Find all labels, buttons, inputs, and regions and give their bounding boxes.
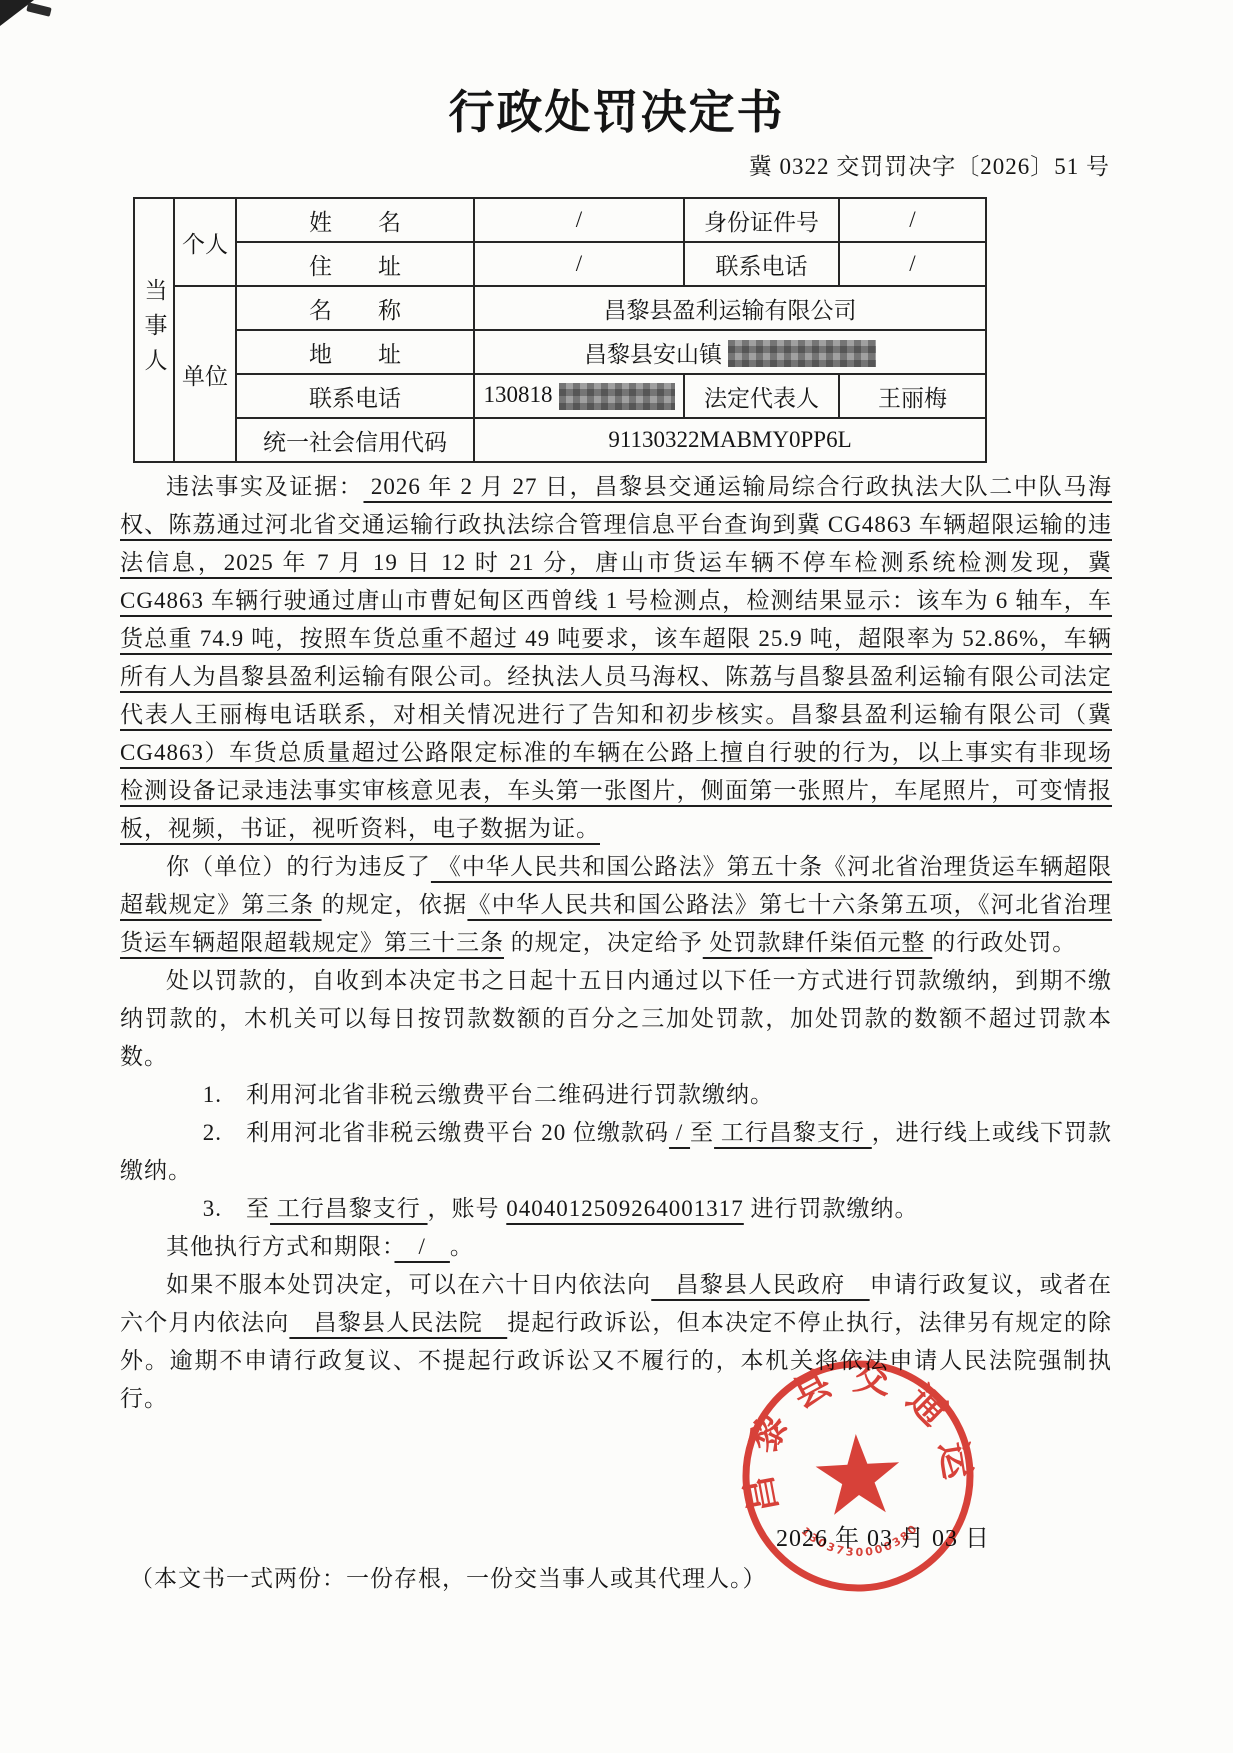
underlined-text: 昌黎县人民法院: [289, 1310, 507, 1335]
text-run: 你（单位）的行为违反了: [166, 854, 431, 879]
paragraph: 其他执行方式和期限： / 。: [120, 1228, 1112, 1266]
seal-code: 1303730000380: [798, 1519, 921, 1562]
footer-note: （本文书一式两份：一份存根，一份交当事人或其代理人。）: [130, 1560, 767, 1593]
table-row: 住 址 / 联系电话 /: [134, 242, 986, 286]
unit-address-text: 昌黎县安山镇: [584, 342, 722, 367]
table-row: 当事人 个人 姓 名 / 身份证件号 /: [134, 198, 986, 242]
id-value: /: [839, 198, 986, 242]
name-value: /: [474, 198, 684, 242]
paragraph: 3. 至 工行昌黎支行 ，账号 0404012509264001317 进行罚款…: [120, 1190, 1112, 1228]
redacted-region: [728, 340, 876, 367]
name-label: 姓 名: [236, 198, 474, 242]
scan-speck-artifact: [26, 2, 51, 17]
underlined-text: 工行昌黎支行: [270, 1196, 428, 1221]
underlined-text: 昌黎县人民政府: [651, 1272, 869, 1297]
text-run: ，账号: [428, 1196, 507, 1221]
id-label: 身份证件号: [684, 198, 839, 242]
paragraph: 违法事实及证据： 2026 年 2 月 27 日，昌黎县交通运输局综合行政执法大…: [120, 468, 1112, 848]
unit-phone-value: 130818: [474, 374, 684, 418]
svg-text:1303730000380: 1303730000380: [798, 1519, 921, 1562]
paragraph: 处以罚款的，自收到本决定书之日起十五日内通过以下任一方式进行罚款缴纳，到期不缴纳…: [120, 962, 1112, 1076]
redacted-region: [559, 383, 675, 410]
text-run: 至: [690, 1120, 714, 1145]
text-run: 的规定，决定给予: [504, 930, 703, 955]
document-page: 行政处罚决定书 冀 0322 交罚罚决字〔2026〕51 号 当事人 个人 姓 …: [0, 0, 1233, 1753]
text-run: 。: [450, 1234, 474, 1259]
text-run: 违法事实及证据：: [166, 474, 363, 499]
text-run: 1. 利用河北省非税云缴费平台二维码进行罚款缴纳。: [203, 1082, 774, 1107]
text-run: 3. 至: [203, 1196, 270, 1221]
party-label-cell: 当事人: [134, 198, 174, 462]
underlined-text: 工行昌黎支行: [714, 1120, 872, 1145]
unit-name-label: 名 称: [236, 286, 474, 330]
address-value: /: [474, 242, 684, 286]
text-run: 其他执行方式和期限：: [166, 1234, 395, 1259]
text-run: 2. 利用河北省非税云缴费平台 20 位缴款码: [203, 1120, 669, 1145]
text-run: 处以罚款的，自收到本决定书之日起十五日内通过以下任一方式进行罚款缴纳，到期不缴纳…: [120, 968, 1112, 1069]
table-row: 联系电话 130818 法定代表人 王丽梅: [134, 374, 986, 418]
phone-value: /: [839, 242, 986, 286]
unit-phone-label: 联系电话: [236, 374, 474, 418]
body-text: 违法事实及证据： 2026 年 2 月 27 日，昌黎县交通运输局综合行政执法大…: [120, 468, 1112, 1418]
unit-address-label: 地 址: [236, 330, 474, 374]
table-row: 统一社会信用代码 91130322MABMY0PP6L: [134, 418, 986, 462]
document-number: 冀 0322 交罚罚决字〔2026〕51 号: [0, 148, 1110, 181]
underlined-text: 0404012509264001317: [506, 1196, 744, 1221]
underlined-text: 处罚款肆仟柒佰元整: [703, 930, 933, 955]
underlined-text: /: [395, 1234, 450, 1259]
party-info-table: 当事人 个人 姓 名 / 身份证件号 / 住 址 / 联系电话 / 单位 名 称…: [133, 197, 987, 463]
credit-code-label: 统一社会信用代码: [236, 418, 474, 462]
table-row: 地 址 昌黎县安山镇: [134, 330, 986, 374]
legal-rep-label: 法定代表人: [684, 374, 839, 418]
paragraph: 2. 利用河北省非税云缴费平台 20 位缴款码 / 至 工行昌黎支行 ，进行线上…: [120, 1114, 1112, 1190]
address-label: 住 址: [236, 242, 474, 286]
unit-address-value: 昌黎县安山镇: [474, 330, 986, 374]
official-seal: 昌黎县交通运输局 1303730000380: [730, 1348, 986, 1604]
unit-phone-text: 130818: [484, 382, 553, 407]
underlined-text: /: [669, 1120, 690, 1145]
individual-label-cell: 个人: [174, 198, 236, 286]
phone-label: 联系电话: [684, 242, 839, 286]
unit-label-cell: 单位: [174, 286, 236, 462]
table-row: 单位 名 称 昌黎县盈利运输有限公司: [134, 286, 986, 330]
unit-name-value: 昌黎县盈利运输有限公司: [474, 286, 986, 330]
text-run: 如果不服本处罚决定，可以在六十日内依法向: [166, 1272, 651, 1297]
credit-code-value: 91130322MABMY0PP6L: [474, 418, 986, 462]
text-run: 进行罚款缴纳。: [744, 1196, 919, 1221]
text-run: 的行政处罚。: [932, 930, 1076, 955]
seal-star: [814, 1432, 902, 1516]
document-title: 行政处罚决定书: [0, 76, 1233, 142]
underlined-text: 2026 年 2 月 27 日，昌黎县交通运输局综合行政执法大队二中队马海权、陈…: [120, 474, 1112, 841]
text-run: 的规定，依据: [322, 892, 468, 917]
legal-rep-value: 王丽梅: [839, 374, 986, 418]
paragraph: 你（单位）的行为违反了 《中华人民共和国公路法》第五十条《河北省治理货运车辆超限…: [120, 848, 1112, 962]
paragraph: 1. 利用河北省非税云缴费平台二维码进行罚款缴纳。: [120, 1076, 1112, 1114]
